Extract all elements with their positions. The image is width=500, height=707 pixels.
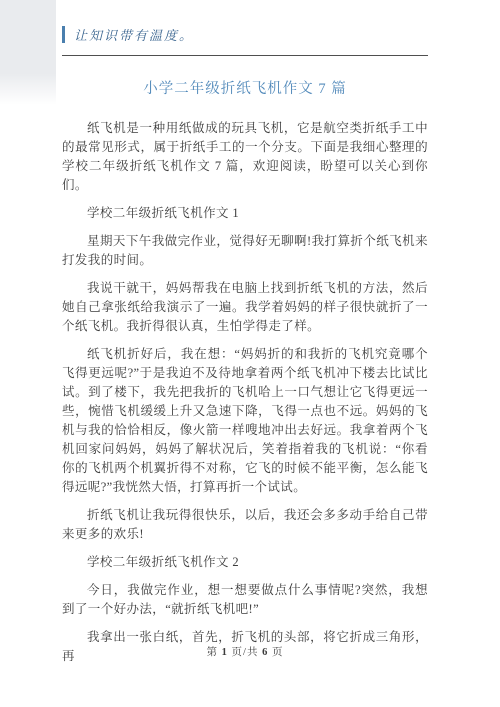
page-content: 让知识带有温度。 小学二年级折纸飞机作文 7 篇 纸飞机是一种用纸做成的玩具飞机… [62, 24, 428, 675]
accent-bar-icon [62, 26, 65, 43]
footer-label-after: 页 [268, 647, 283, 658]
paragraph: 纸飞机折好后，我在想：“妈妈折的和我折的飞机究竟哪个飞得更远呢?”于是我迫不及待… [62, 345, 428, 497]
footer-label-before: 第 [207, 647, 222, 658]
page-title: 小学二年级折纸飞机作文 7 篇 [62, 77, 428, 98]
section-heading: 学校二年级折纸飞机作文 2 [62, 553, 428, 572]
paragraph: 今日，我做完作业，想一想要做点什么事情呢?突然，我想到了一个好办法，“就折纸飞机… [62, 581, 428, 619]
footer-label-mid: 页/共 [228, 647, 262, 658]
paragraph: 我说干就干，妈妈帮我在电脑上找到折纸飞机的方法，然后她自己拿张纸给我演示了一遍。… [62, 279, 428, 336]
paragraph: 折纸飞机让我玩得很快乐，以后，我还会多多动手给自己带来更多的欢乐! [62, 506, 428, 544]
paragraph: 星期天下午我做完作业，觉得好无聊啊!我打算折个纸飞机来打发我的时间。 [62, 232, 428, 270]
header-motto: 让知识带有温度。 [74, 25, 194, 44]
document-page: 让知识带有温度。 小学二年级折纸飞机作文 7 篇 纸飞机是一种用纸做成的玩具飞机… [0, 0, 500, 707]
page-footer: 第 1 页/共 6 页 [62, 644, 428, 659]
header-divider [62, 55, 428, 56]
header-motto-row: 让知识带有温度。 [62, 24, 428, 44]
paragraph: 纸飞机是一种用纸做成的玩具飞机，它是航空类折纸手工中的最常见形式，属于折纸手工的… [62, 119, 428, 195]
section-heading: 学校二年级折纸飞机作文 1 [62, 204, 428, 223]
document-body: 纸飞机是一种用纸做成的玩具飞机，它是航空类折纸手工中的最常见形式，属于折纸手工的… [62, 119, 428, 666]
